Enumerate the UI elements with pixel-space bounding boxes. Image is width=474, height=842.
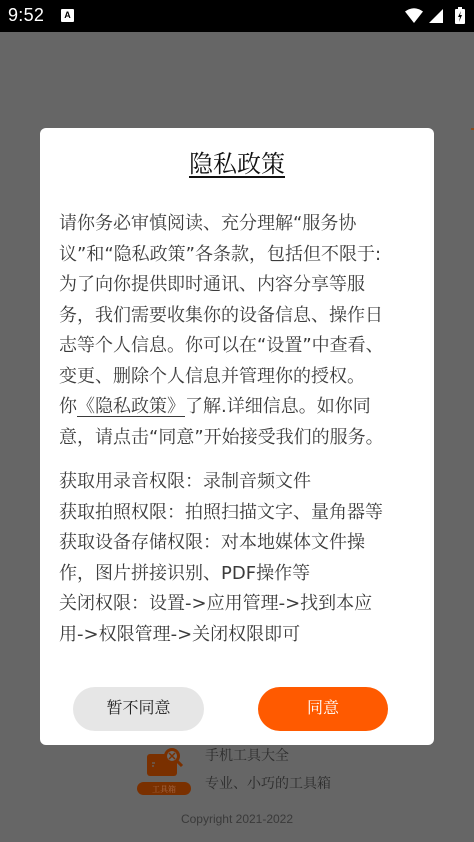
disagree-button[interactable]: 暂不同意	[73, 687, 204, 731]
app-brand-footer: 工具箱 手机工具大全 专业、小巧的工具箱 Copyright 2021-2022	[0, 740, 474, 842]
notification-icon: A	[61, 9, 74, 22]
wifi-icon	[405, 8, 423, 23]
dialog-title: 隐私政策	[40, 144, 434, 179]
privacy-policy-link[interactable]: 《隐私政策》	[77, 396, 185, 417]
permission-line: 用->权限管理->关闭权限即可	[59, 620, 421, 651]
permissions-paragraph: 获取用录音权限：录制音频文件 获取拍照权限：拍照扫描文字、量角器等 获取设备存储…	[59, 467, 421, 650]
permission-line: 关闭权限：设置->应用管理->找到本应	[59, 589, 421, 620]
policy-line-prefix: 你	[59, 396, 77, 417]
dialog-body: 请你务必审慎阅读、充分理解“服务协 议”和“隐私政策”各条款，包括但不限于: 为…	[59, 209, 421, 650]
agree-button[interactable]: 同意	[258, 687, 388, 731]
battery-charging-icon	[455, 7, 465, 24]
privacy-policy-dialog: 隐私政策 请你务必审慎阅读、充分理解“服务协 议”和“隐私政策”各条款，包括但不…	[40, 128, 434, 745]
policy-line-suffix: 了解.详细信息。如你同	[185, 396, 371, 417]
policy-line: 务，我们需要收集你的设备信息、操作日	[59, 301, 421, 332]
policy-line: 变更、删除个人信息并管理你的授权。	[59, 362, 421, 393]
permission-line: 获取设备存储权限：对本地媒体文件操	[59, 528, 421, 559]
policy-line: 意，请点击“同意”开始接受我们的服务。	[59, 423, 421, 454]
app-name: 手机工具大全	[205, 745, 289, 765]
toolbox-logo-icon: 工具箱	[137, 746, 193, 796]
dialog-title-text: 隐私政策	[189, 150, 285, 178]
policy-summary-paragraph: 请你务必审慎阅读、充分理解“服务协 议”和“隐私政策”各条款，包括但不限于: 为…	[59, 209, 421, 453]
copyright-text: Copyright 2021-2022	[0, 812, 474, 826]
status-time: 9:52	[8, 5, 44, 26]
policy-line: 议”和“隐私政策”各条款，包括但不限于:	[59, 240, 421, 271]
permission-line: 获取拍照权限：拍照扫描文字、量角器等	[59, 498, 421, 529]
status-bar: 9:52 A	[0, 0, 474, 32]
policy-line: 为了向你提供即时通讯、内容分享等服	[59, 270, 421, 301]
app-slogan: 专业、小巧的工具箱	[205, 773, 331, 793]
signal-icon	[429, 9, 443, 23]
svg-text:工具箱: 工具箱	[152, 784, 176, 794]
policy-line: 志等个人信息。你可以在“设置”中查看、	[59, 331, 421, 362]
policy-line: 请你务必审慎阅读、充分理解“服务协	[59, 209, 421, 240]
permission-line: 作，图片拼接识别、PDF操作等	[59, 559, 421, 590]
policy-line-with-link: 你《隐私政策》了解.详细信息。如你同	[59, 392, 421, 423]
permission-line: 获取用录音权限：录制音频文件	[59, 467, 421, 498]
